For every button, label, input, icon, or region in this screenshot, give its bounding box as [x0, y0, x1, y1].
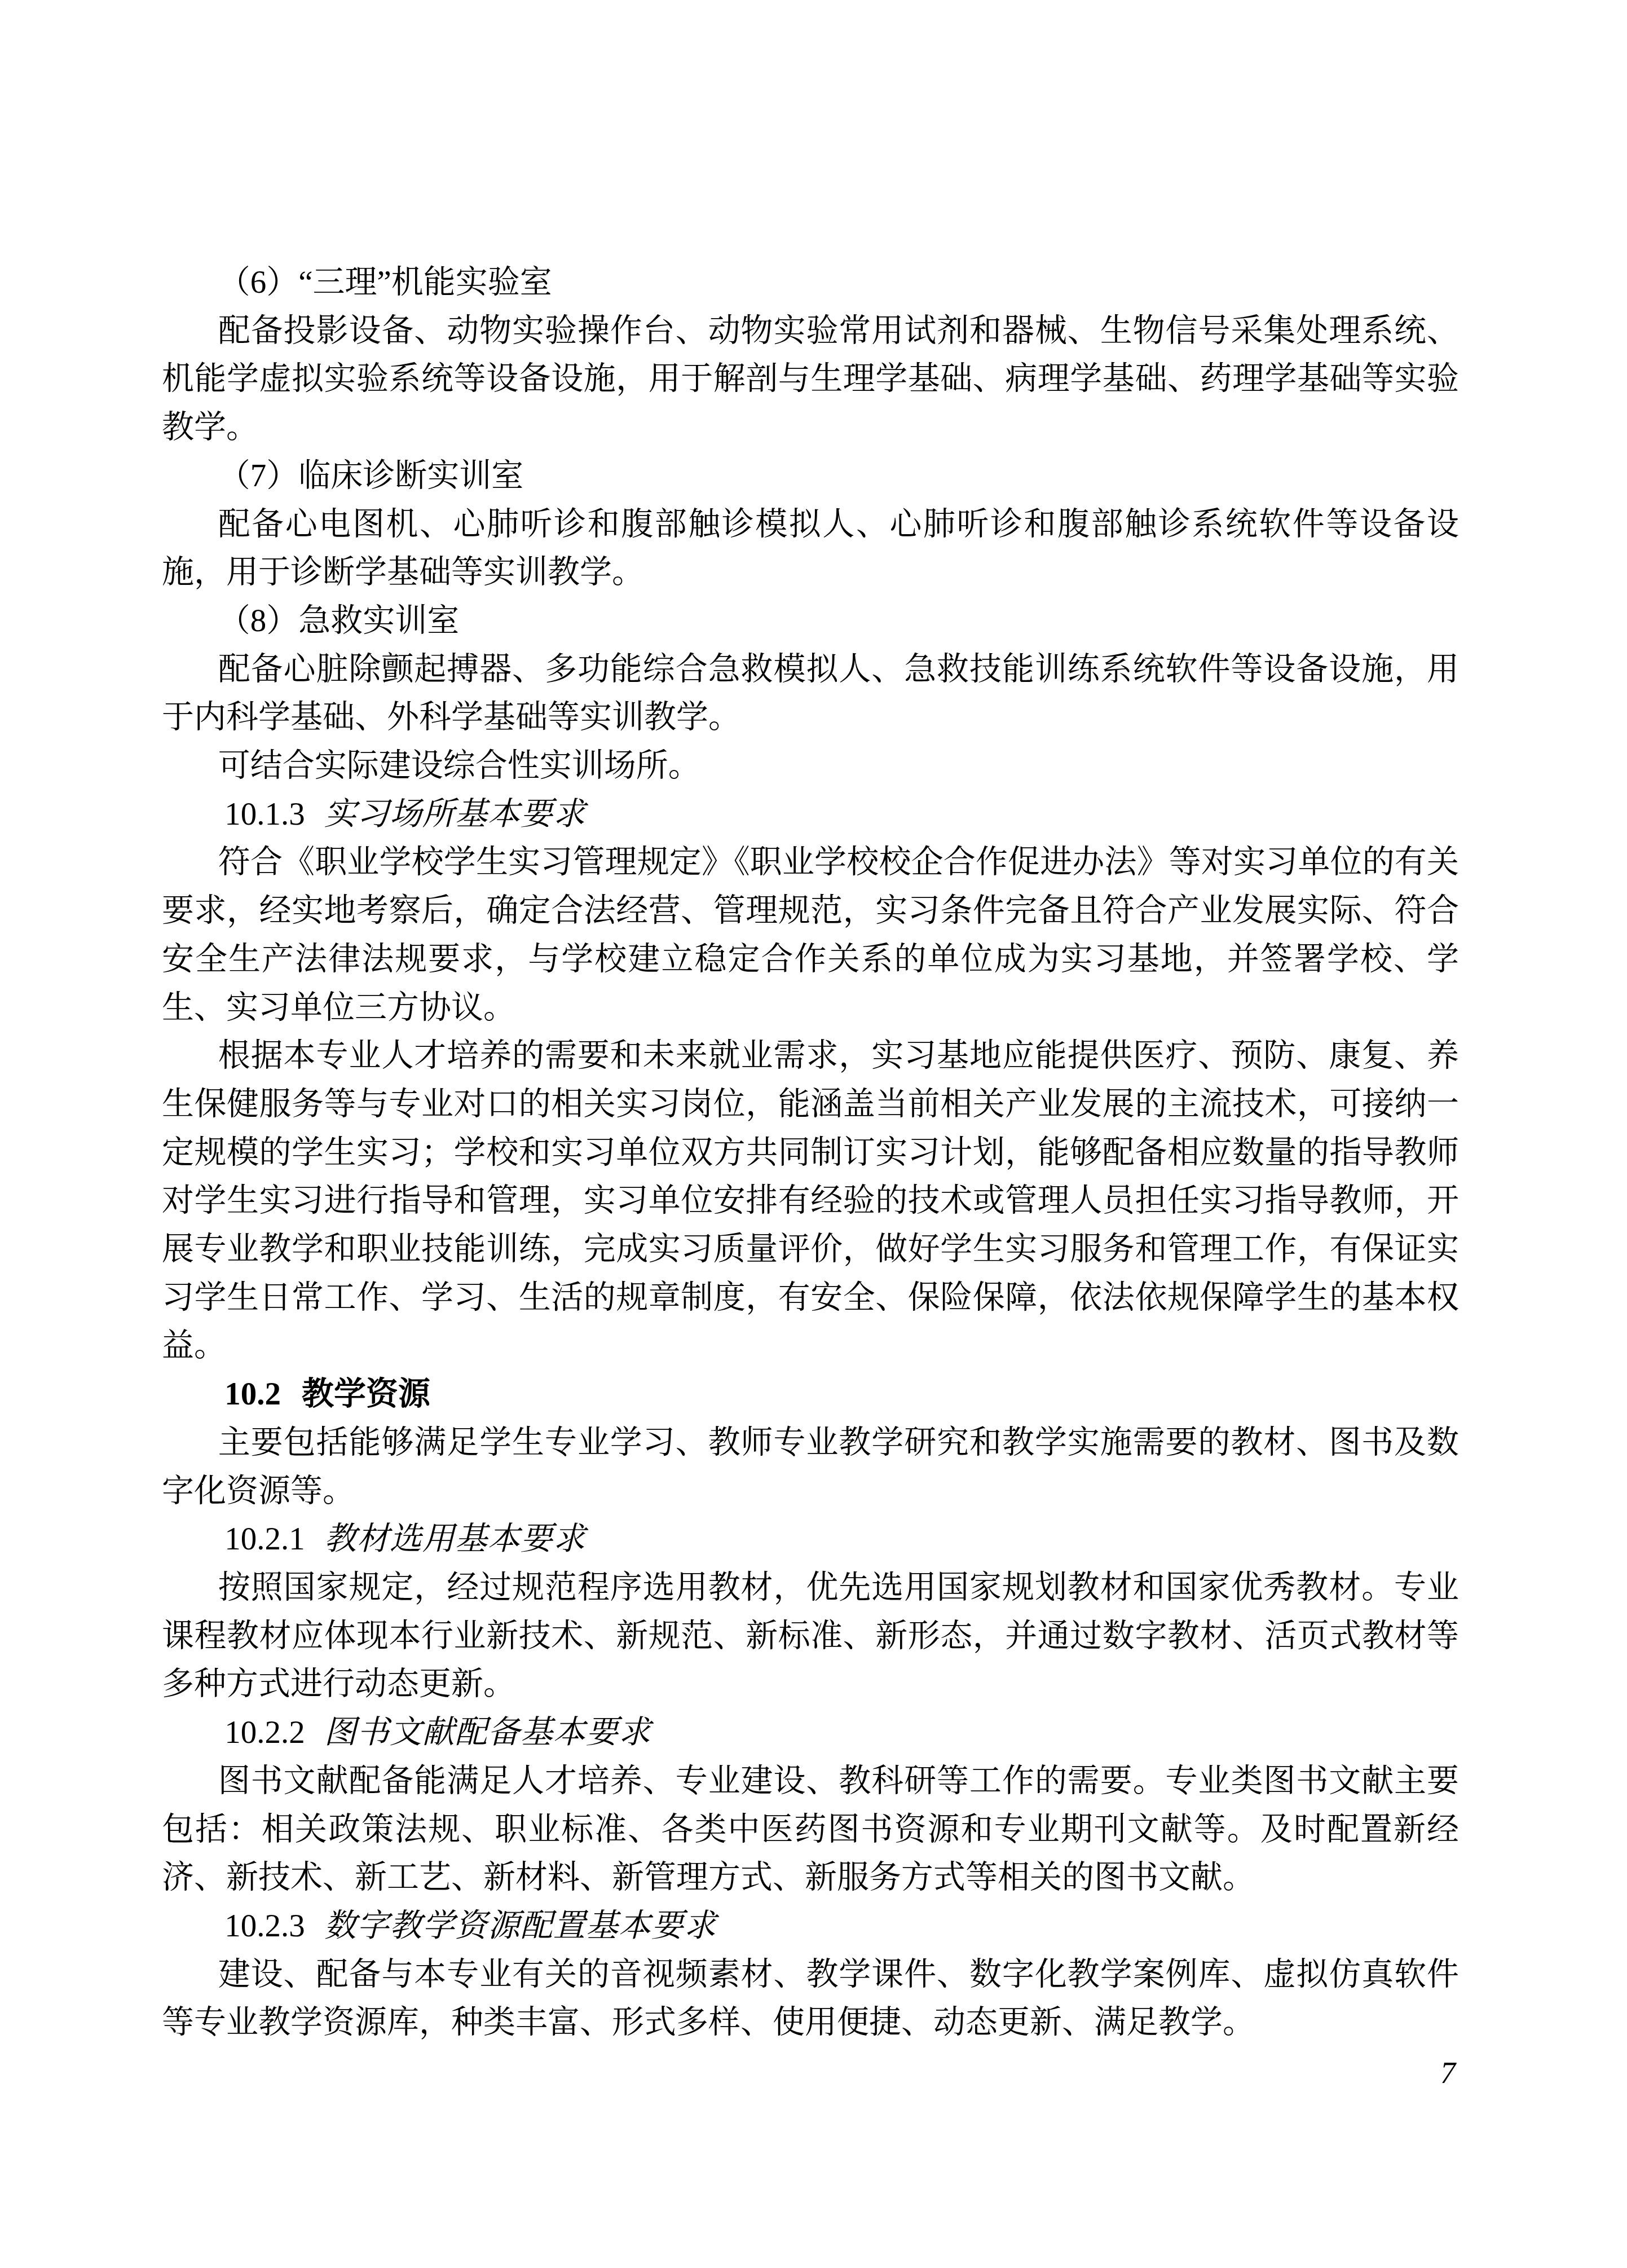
paragraph: 主要包括能够满足学生专业学习、教师专业教学研究和教学实施需要的教材、图书及数字化… — [162, 1419, 1459, 1515]
heading-10-2: 10.2教学资源 — [162, 1370, 1459, 1419]
paragraph: 按照国家规定，经过规范程序选用教材，优先选用国家规划教材和国家优秀教材。专业课程… — [162, 1564, 1459, 1708]
heading-number: 10.1.3 — [224, 796, 305, 832]
heading-title: 数字教学资源配置基本要求 — [324, 1908, 717, 1944]
heading-number: 10.2.1 — [224, 1521, 305, 1557]
paragraph: 配备投影设备、动物实验操作台、动物实验常用试剂和器械、生物信号采集处理系统、机能… — [162, 307, 1459, 452]
paragraph: 符合《职业学校学生实习管理规定》《职业学校校企合作促进办法》等对实习单位的有关要… — [162, 838, 1459, 1032]
paragraph: （6）“三理”机能实验室 — [162, 258, 1459, 307]
paragraph: 可结合实际建设综合性实训场所。 — [162, 742, 1459, 790]
paragraph: 图书文献配备能满足人才培养、专业建设、教科研等工作的需要。专业类图书文献主要包括… — [162, 1757, 1459, 1902]
paragraph: 建设、配备与本专业有关的音视频素材、教学课件、数字化教学案例库、虚拟仿真软件等专… — [162, 1950, 1459, 2047]
heading-title: 教学资源 — [302, 1376, 430, 1412]
heading-10-2-2: 10.2.2图书文献配备基本要求 — [162, 1708, 1459, 1757]
paragraph: 根据本专业人才培养的需要和未来就业需求，实习基地应能提供医疗、预防、康复、养生保… — [162, 1032, 1459, 1370]
heading-title: 教材选用基本要求 — [324, 1521, 586, 1557]
heading-10-1-3: 10.1.3实习场所基本要求 — [162, 790, 1459, 839]
heading-10-2-1: 10.2.1教材选用基本要求 — [162, 1515, 1459, 1564]
paragraph: （8）急救实训室 — [162, 597, 1459, 645]
heading-number: 10.2 — [224, 1376, 281, 1412]
paragraph: 配备心脏除颤起搏器、多功能综合急救模拟人、急救技能训练系统软件等设备设施，用于内… — [162, 645, 1459, 742]
document-page: （6）“三理”机能实验室 配备投影设备、动物实验操作台、动物实验常用试剂和器械、… — [0, 0, 1627, 2268]
heading-title: 实习场所基本要求 — [324, 796, 586, 832]
paragraph: （7）临床诊断实训室 — [162, 452, 1459, 500]
paragraph: 配备心电图机、心肺听诊和腹部触诊模拟人、心肺听诊和腹部触诊系统软件等设备设施，用… — [162, 500, 1459, 597]
document-body: （6）“三理”机能实验室 配备投影设备、动物实验操作台、动物实验常用试剂和器械、… — [162, 258, 1459, 2047]
heading-number: 10.2.3 — [224, 1908, 305, 1944]
heading-title: 图书文献配备基本要求 — [324, 1715, 651, 1750]
page-number: 7 — [1440, 2056, 1456, 2090]
heading-10-2-3: 10.2.3数字教学资源配置基本要求 — [162, 1902, 1459, 1950]
heading-number: 10.2.2 — [224, 1715, 305, 1750]
